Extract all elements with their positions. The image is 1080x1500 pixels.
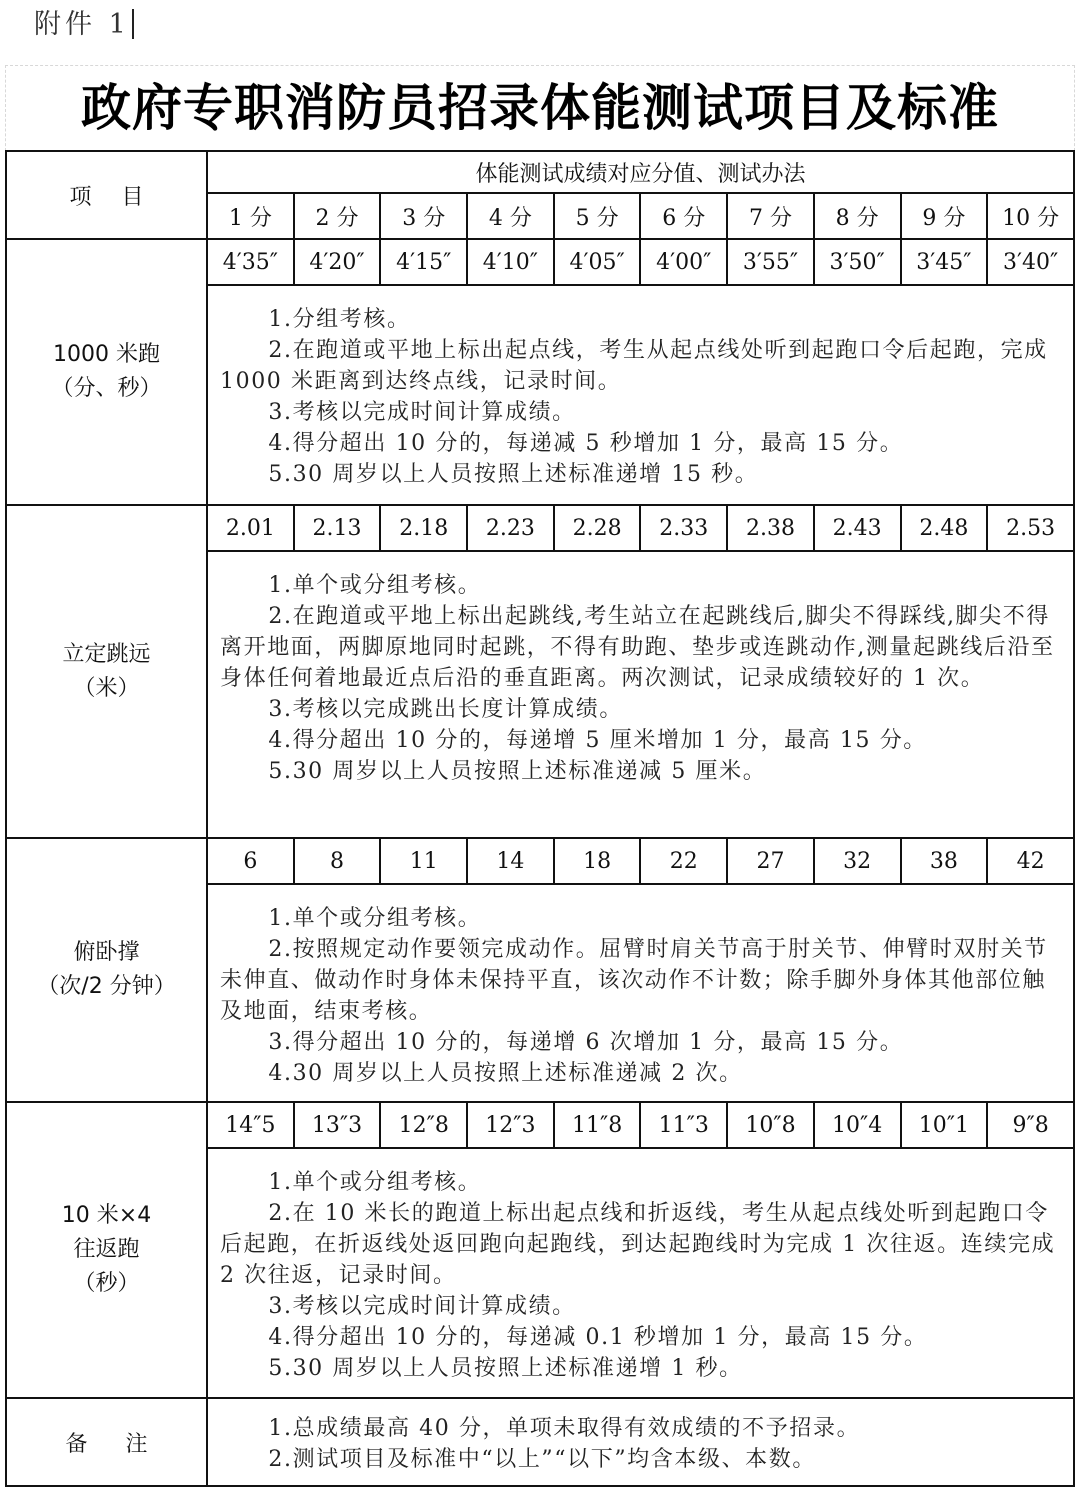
score-header: 8 分 [814, 193, 901, 239]
score-group-header: 体能测试成绩对应分值、测试办法 [207, 151, 1074, 193]
value-cell: 27 [727, 838, 814, 884]
value-cell: 14 [467, 838, 554, 884]
value-cell: 4′15″ [380, 239, 467, 285]
notes-row: 备注 1.总成绩最高 40 分，单项未取得有效成绩的不予招录。 2.测试项目及标… [6, 1398, 1074, 1486]
item-values-row: 1000 米跑 （分、秒） 4′35″ 4′20″ 4′15″ 4′10″ 4′… [6, 239, 1074, 285]
item-label-push-ups: 俯卧撑 （次/2 分钟） [6, 838, 207, 1102]
value-cell: 2.48 [901, 505, 988, 551]
value-cell: 2.13 [294, 505, 381, 551]
document-title: 政府专职消防员招录体能测试项目及标准 [0, 68, 1080, 140]
item-values-row: 俯卧撑 （次/2 分钟） 6 8 11 14 18 22 27 32 38 42 [6, 838, 1074, 884]
value-cell: 22 [640, 838, 727, 884]
value-cell: 2.01 [207, 505, 294, 551]
standards-table: 项目 体能测试成绩对应分值、测试办法 1 分 2 分 3 分 4 分 5 分 6… [5, 150, 1075, 1487]
score-header: 7 分 [727, 193, 814, 239]
value-cell: 6 [207, 838, 294, 884]
value-cell: 10″8 [727, 1102, 814, 1148]
value-cell: 9″8 [987, 1102, 1074, 1148]
score-header: 4 分 [467, 193, 554, 239]
test-method: 1.分组考核。 2.在跑道或平地上标出起点线，考生从起点线处听到起跑口令后起跑，… [207, 285, 1074, 505]
value-cell: 2.18 [380, 505, 467, 551]
value-cell: 3′50″ [814, 239, 901, 285]
value-cell: 2.28 [554, 505, 641, 551]
value-cell: 3′45″ [901, 239, 988, 285]
value-cell: 11″8 [554, 1102, 641, 1148]
item-values-row: 10 米×4 往返跑 （秒） 14″5 13″3 12″8 12″3 11″8 … [6, 1102, 1074, 1148]
value-cell: 2.33 [640, 505, 727, 551]
item-label-standing-long-jump: 立定跳远 （米） [6, 505, 207, 838]
value-cell: 4′00″ [640, 239, 727, 285]
value-cell: 2.53 [987, 505, 1074, 551]
score-header: 10 分 [987, 193, 1074, 239]
score-header: 6 分 [640, 193, 727, 239]
value-cell: 12″3 [467, 1102, 554, 1148]
value-cell: 4′10″ [467, 239, 554, 285]
score-header: 5 分 [554, 193, 641, 239]
value-cell: 42 [987, 838, 1074, 884]
value-cell: 2.43 [814, 505, 901, 551]
value-cell: 12″8 [380, 1102, 467, 1148]
value-cell: 4′35″ [207, 239, 294, 285]
value-cell: 18 [554, 838, 641, 884]
value-cell: 4′20″ [294, 239, 381, 285]
score-header: 9 分 [901, 193, 988, 239]
notes-label: 备注 [6, 1398, 207, 1486]
value-cell: 11″3 [640, 1102, 727, 1148]
score-header: 2 分 [294, 193, 381, 239]
value-cell: 13″3 [294, 1102, 381, 1148]
value-cell: 14″5 [207, 1102, 294, 1148]
score-header: 1 分 [207, 193, 294, 239]
value-cell: 2.23 [467, 505, 554, 551]
test-method: 1.单个或分组考核。 2.按照规定动作要领完成动作。屈臂时肩关节高于肘关节、伸臂… [207, 884, 1074, 1102]
notes-content: 1.总成绩最高 40 分，单项未取得有效成绩的不予招录。 2.测试项目及标准中“… [207, 1398, 1074, 1486]
value-cell: 10″4 [814, 1102, 901, 1148]
value-cell: 10″1 [901, 1102, 988, 1148]
test-method: 1.单个或分组考核。 2.在跑道或平地上标出起跳线,考生站立在起跳线后,脚尖不得… [207, 551, 1074, 838]
item-column-header: 项目 [6, 151, 207, 239]
value-cell: 32 [814, 838, 901, 884]
item-values-row: 立定跳远 （米） 2.01 2.13 2.18 2.23 2.28 2.33 2… [6, 505, 1074, 551]
score-header: 3 分 [380, 193, 467, 239]
test-method: 1.单个或分组考核。 2.在 10 米长的跑道上标出起点线和折返线，考生从起点线… [207, 1148, 1074, 1398]
value-cell: 38 [901, 838, 988, 884]
header-row: 项目 体能测试成绩对应分值、测试办法 [6, 151, 1074, 193]
value-cell: 4′05″ [554, 239, 641, 285]
value-cell: 11 [380, 838, 467, 884]
item-label-1000m-run: 1000 米跑 （分、秒） [6, 239, 207, 505]
attachment-label: 附件 1 [34, 2, 134, 41]
value-cell: 2.38 [727, 505, 814, 551]
value-cell: 8 [294, 838, 381, 884]
value-cell: 3′55″ [727, 239, 814, 285]
item-label-shuttle-run: 10 米×4 往返跑 （秒） [6, 1102, 207, 1398]
text-cursor [132, 9, 134, 39]
value-cell: 3′40″ [987, 239, 1074, 285]
